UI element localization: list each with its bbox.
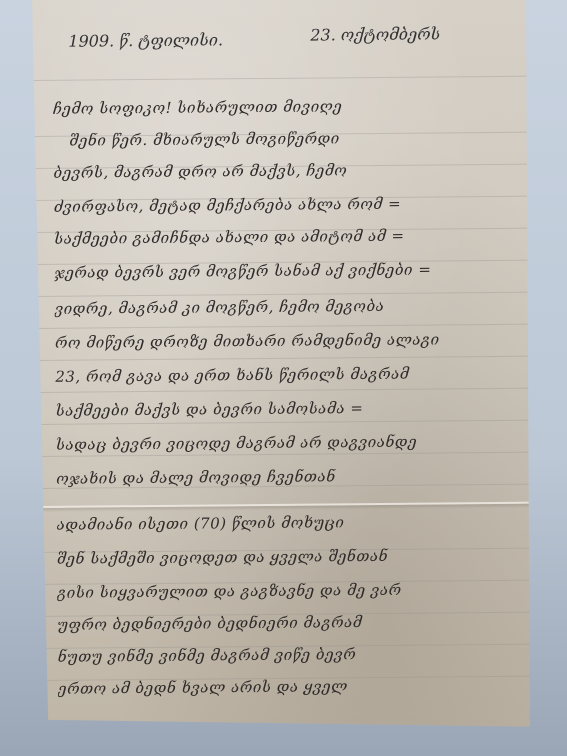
letter-line: ჯერად ბევრს ვერ მოგწერ სანამ აქ ვიქნები …	[54, 260, 514, 282]
letter-line: ადამიანი ისეთი (70) წლის მოხუცი	[57, 512, 517, 534]
ruled-line	[36, 420, 530, 425]
ruled-line	[33, 76, 527, 81]
letter-line: რო მიწერე დროზე მითხარი რამდენიმე ალაგი	[55, 330, 515, 352]
letter-line: ნუთუ ვინმე ვინმე მაგრამ ვიწე ბევრ	[58, 644, 518, 666]
letter-line: ჩემო სოფიკო! სიხარულით მივიღე	[53, 96, 513, 118]
letter-line: ძვირფასო, მეტად მეჩქარება ახლა რომ =	[54, 194, 514, 216]
letter-line: შენ საქმეში ვიცოდეთ და ყველა შენთან	[57, 546, 517, 568]
letter-line: შენი წერ. მხიარულს მოგიწერდი	[69, 128, 513, 150]
ruled-line	[35, 324, 529, 329]
letter-line: საქმეები მაქვს და ბევრი სამოსამა =	[56, 398, 516, 420]
letter-line: 23, რომ გავა და ერთ ხანს წერილს მაგრამ	[55, 364, 515, 386]
letter-line: ბევრს, მაგრამ დრო არ მაქვს, ჩემო	[53, 160, 513, 182]
letter-line: ერთო ამ ბედნ ხვალ არის და ყველ	[58, 676, 518, 698]
ruled-line	[35, 388, 529, 393]
header-date: 23. ოქტომბერს	[310, 24, 440, 44]
letter-paper: 1909. წ. ტფილისი. 23. ოქტომბერს ჩემო სოფ…	[32, 0, 532, 731]
letter-line: საქმეები გამიჩნდა ახალი და ამიტომ ამ =	[54, 226, 514, 248]
letter-line: ვიდრე, მაგრამ კი მოგწერ, ჩემო მეგობა	[55, 296, 515, 318]
letter-line: უფრო ბედნიერები ბედნიერი მაგრამ	[57, 612, 517, 634]
letter-line: გისი სიყვარულით და გაგზავნე და მე ვარ	[57, 580, 517, 602]
ruled-line	[35, 356, 529, 361]
header-year-place: 1909. წ. ტფილისი.	[68, 30, 223, 50]
letter-line: სადაც ბევრი ვიცოდე მაგრამ არ დაგვიანდე	[56, 432, 516, 454]
paper-fold	[36, 502, 530, 508]
